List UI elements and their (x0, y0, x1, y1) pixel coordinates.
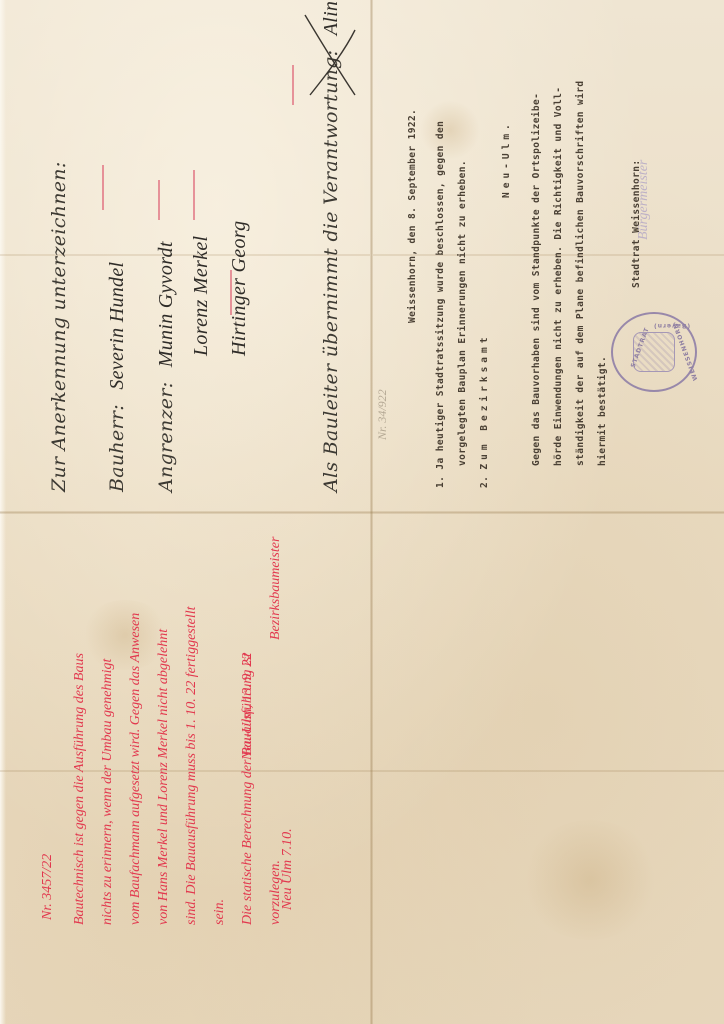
item-text: Ja heutiger Stadtratssitzung wurde besch… (435, 121, 446, 470)
council-resolution: Weissenhorn, den 8. September 1922. 1. J… (402, 8, 648, 488)
red-note-line: sein. (206, 525, 234, 925)
angrenzer-label: Angrenzer: (155, 382, 177, 492)
red-note-line: Bautechnisch ist gegen die Ausführung de… (66, 525, 94, 925)
red-note-place-date: Neu-Ulm, 13. 9. 22 (240, 653, 256, 760)
form-heading-text: Zur Anerkennung unterzeichnen: (48, 161, 70, 492)
bauherr-row: Bauherr: Severin Hundel (88, 2, 146, 492)
reference-number: Nr. 3457/22 (40, 854, 55, 920)
red-note-bottom-text: Neu Ulm 7.10. (280, 828, 295, 910)
red-note-bottom: Neu Ulm 7.10. (280, 828, 296, 910)
bauherr-signature: Severin Hundel (106, 262, 128, 390)
red-note-reference: Nr. 3457/22 (40, 520, 56, 920)
angrenzer-signature-1: Munin Gyvordt (155, 241, 177, 367)
signoff: Stadtrat Weissenhorn: (626, 8, 648, 488)
red-check-mark (230, 270, 232, 315)
red-check-mark (193, 170, 195, 220)
resolution-item-1-cont: vorgelegten Bauplan Erinnerungen nicht z… (452, 8, 474, 488)
body-line: hörde Einwendungen nicht zu erheben. Die… (548, 8, 570, 488)
bauleiter-label: Als Bauleiter übernimmt die Verantwortun… (320, 50, 342, 492)
pencil-note: Nr. 34/922 (375, 389, 390, 440)
item-text: vorgelegten Bauplan Erinnerungen nicht z… (457, 160, 468, 466)
place-date-text: Weissenhorn, den 8. September 1922. (407, 109, 418, 323)
body-line-text: ständigkeit der auf dem Plane befindlich… (575, 80, 586, 466)
red-note-line-text: Bautechnisch ist gegen die Ausführung de… (72, 653, 87, 925)
resolution-place-date: Weissenhorn, den 8. September 1922. (402, 8, 424, 488)
recipient-city-text: Neu-Ulm. (501, 120, 512, 198)
red-note-line-text: von Hans Merkel und Lorenz Merkel nicht … (156, 629, 171, 925)
red-note-body: Bautechnisch ist gegen die Ausführung de… (66, 525, 290, 925)
red-check-mark (102, 165, 104, 210)
red-note-line-text: vom Baufachmann aufgesetzt wird. Gegen d… (128, 613, 143, 925)
form-heading: Zur Anerkennung unterzeichnen: (30, 2, 88, 492)
red-note-line-text: nichts zu erinnern, wenn der Umbau geneh… (100, 659, 115, 925)
item-number: 1. (435, 476, 446, 488)
pencil-note-text: Nr. 34/922 (375, 389, 389, 440)
red-note-line: sind. Die Bauausführung muss bis 1. 10. … (178, 525, 206, 925)
red-note-line-text: sind. Die Bauausführung muss bis 1. 10. … (184, 607, 199, 926)
red-note-date-text: Neu-Ulm, 13. 9. 22 (240, 653, 255, 760)
recipient-city: Neu-Ulm. (496, 8, 518, 488)
item-number: 2. (479, 476, 490, 488)
red-note-line: nichts zu erinnern, wenn der Umbau geneh… (94, 525, 122, 925)
mayor-signature-text: Bürgermeister (636, 160, 651, 240)
resolution-item-2: 2. Zum Bezirksamt (474, 8, 496, 488)
bauherr-label: Bauherr: (106, 404, 128, 492)
fold-line-horizontal-middle (0, 511, 724, 514)
signature-flourish-icon (300, 10, 360, 100)
paper-stain (520, 820, 660, 940)
body-line-text: Gegen das Bauvorhaben sind vom Standpunk… (531, 93, 542, 466)
red-note-office: Bezirksbaumeister (268, 537, 284, 640)
stamp-text-bottom: WEISSENHORN (672, 322, 700, 382)
mayor-signature: Bürgermeister (636, 160, 652, 240)
body-line-text: hörde Einwendungen nicht zu erheben. Die… (553, 87, 564, 466)
angrenzer-row-2: Lorenz Merkel (186, 2, 216, 492)
red-note-office-text: Bezirksbaumeister (268, 537, 283, 640)
body-line: ständigkeit der auf dem Plane befindlich… (570, 8, 592, 488)
red-note-line-text: sein. (212, 899, 227, 925)
municipal-stamp: STADTRAT WEISSENHORN (Bayern) (611, 312, 697, 392)
stamp-text-right: (Bayern) (653, 322, 690, 329)
angrenzer-row-3: Hirtinger Georg (216, 2, 262, 492)
red-note-line: vom Baufachmann aufgesetzt wird. Gegen d… (122, 525, 150, 925)
body-line-text: hiermit bestätigt. (597, 356, 608, 466)
angrenzer-row: Angrenzer: Munin Gyvordt (146, 2, 186, 492)
document-scan: Zur Anerkennung unterzeichnen: Bauherr: … (0, 0, 724, 1024)
body-line: hiermit bestätigt. (592, 8, 614, 488)
body-line: Gegen das Bauvorhaben sind vom Standpunk… (526, 8, 548, 488)
red-check-mark (292, 65, 294, 105)
red-check-mark (158, 180, 160, 220)
red-note-line: von Hans Merkel und Lorenz Merkel nicht … (150, 525, 178, 925)
item-text: Zum Bezirksamt (479, 334, 490, 470)
angrenzer-signature-2: Lorenz Merkel (190, 236, 212, 356)
resolution-item-1: 1. Ja heutiger Stadtratssitzung wurde be… (430, 8, 452, 488)
